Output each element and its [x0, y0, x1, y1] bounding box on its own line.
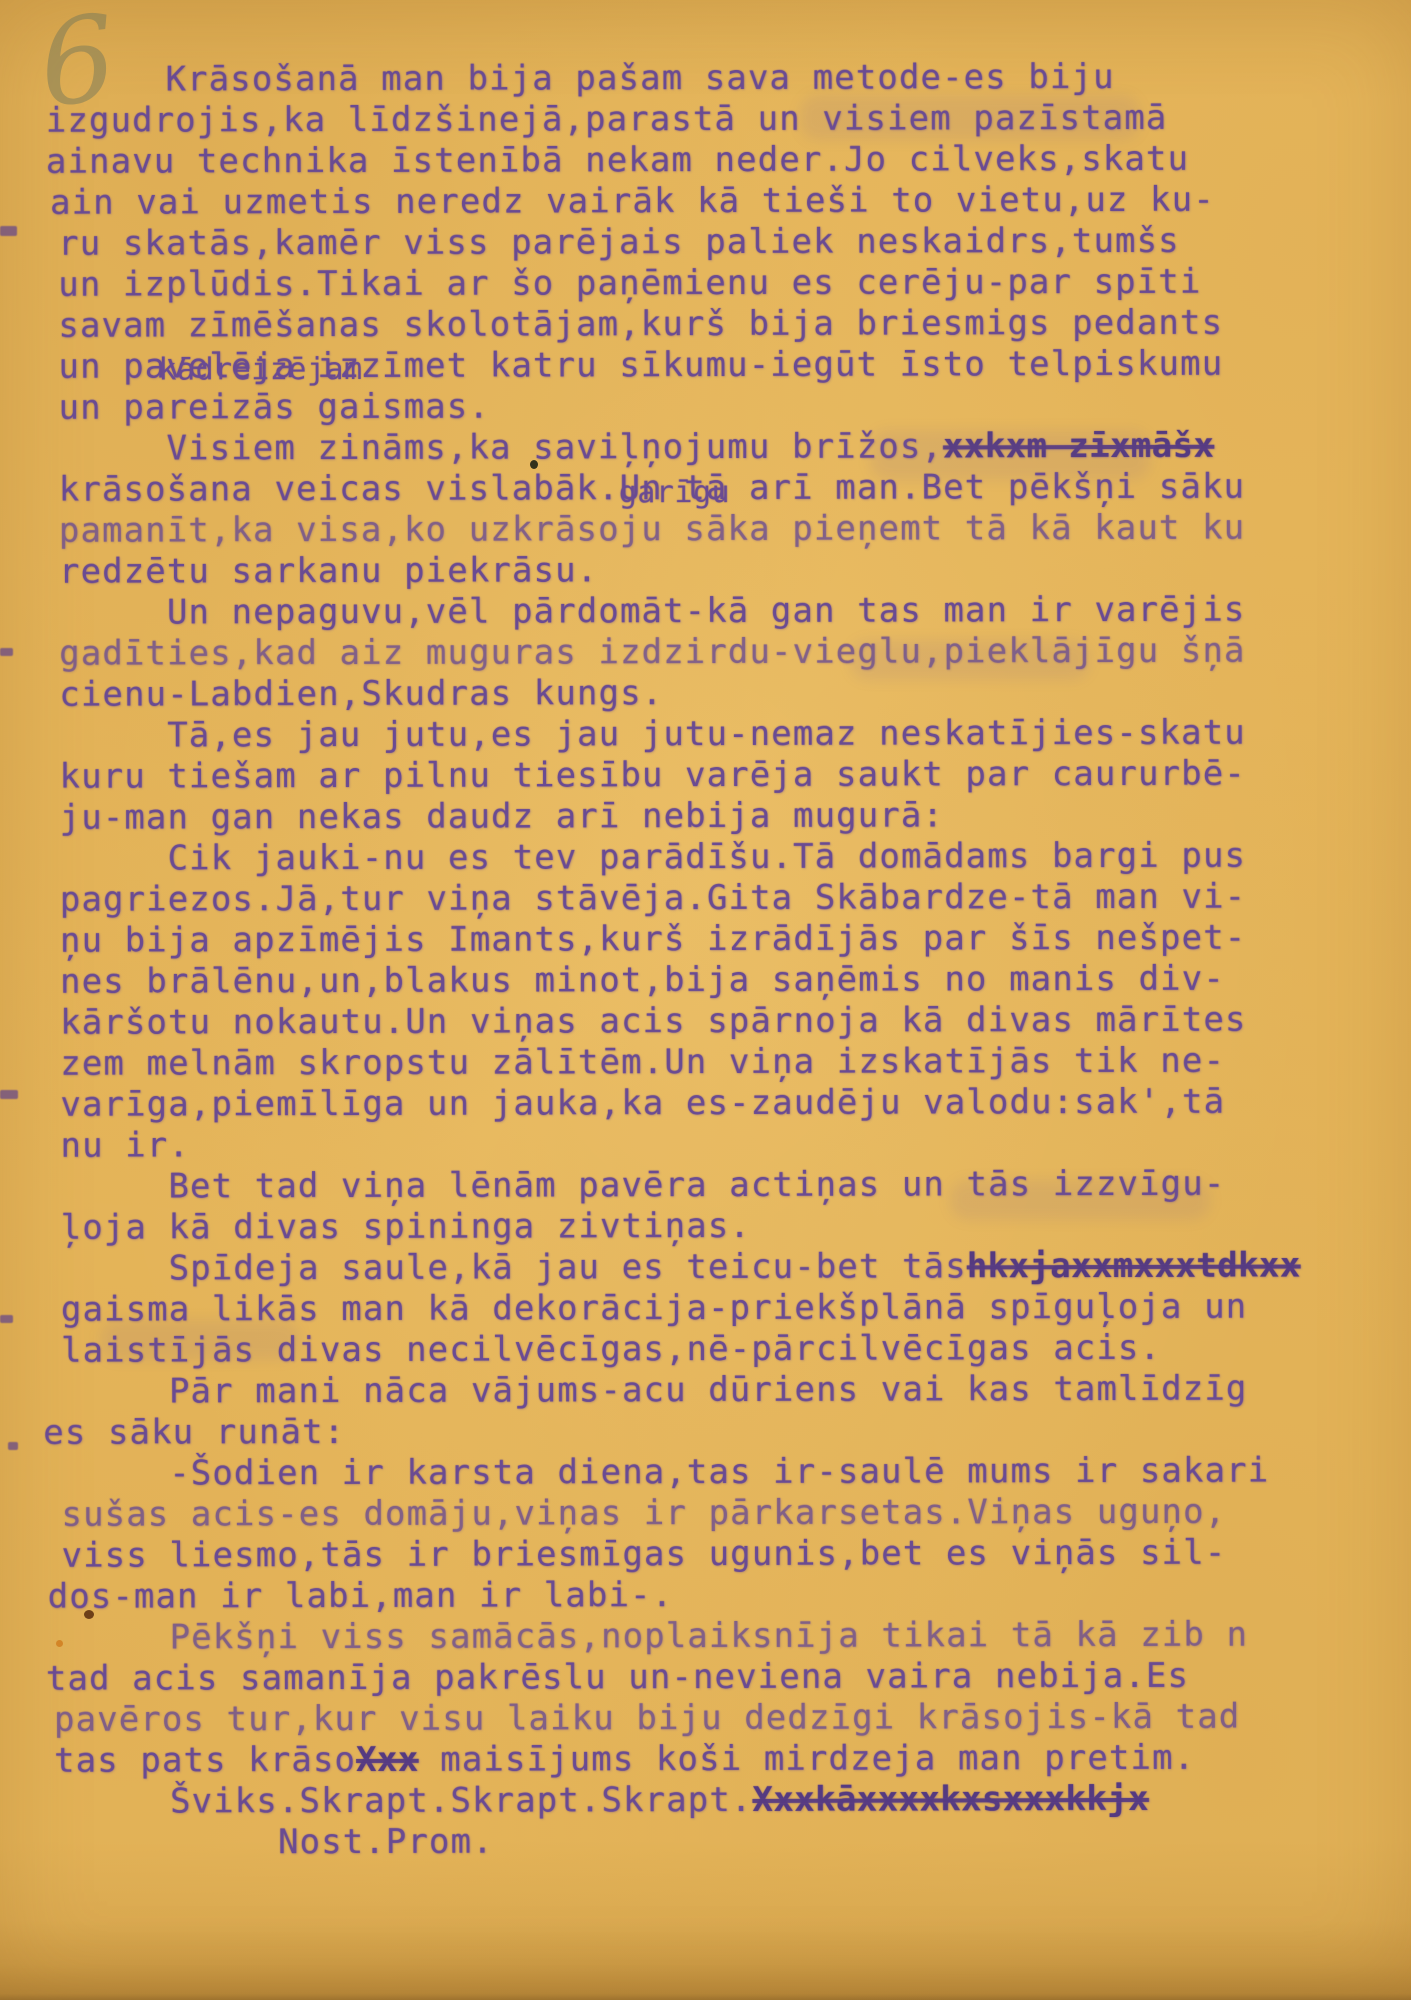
typed-line: tas pats krāsoXxx maisījums koši mirdzej…: [54, 1737, 1411, 1782]
typed-segment: savam zīmēšanas skolotājam,kurš bija bri…: [58, 303, 1223, 346]
typed-segment: dos-man ir labi,man ir labi-.: [48, 1575, 674, 1617]
typed-segment: ju-man gan nekas daudz arī nebija mugurā…: [60, 795, 944, 837]
paper-bottom-edge: [0, 1920, 1411, 2000]
typed-segment: tas pats krāso: [54, 1740, 356, 1781]
typed-line: izgudrojis,ka līdzšinejā,parastā un visi…: [46, 97, 1409, 142]
edge-ink-mark: [8, 1442, 18, 1450]
typed-line: pavēros tur,kur visu laiku biju dedzīgi …: [54, 1696, 1411, 1741]
typed-line: krāsošana veicas vislabāk.Un tā arī man.…: [59, 466, 1410, 511]
typed-segment: tad acis samanīja pakrēslu un-neviena va…: [46, 1656, 1189, 1699]
ink-bleed-smudge: [870, 430, 1150, 480]
typed-line: savam zīmēšanas skolotājam,kurš bija bri…: [58, 302, 1409, 347]
typed-segment: Cik jauki-nu es tev parādīšu.Tā domādams…: [60, 836, 1246, 879]
typed-line: Nost.Prom.: [62, 1819, 1411, 1864]
struck-out-text: Xxxkāxxxxkxsxxxkkjx: [752, 1779, 1149, 1820]
typed-segment: Visiem zināms,ka saviļņojumu brīžos,: [59, 426, 943, 468]
typed-segment: Nost.Prom.: [62, 1822, 494, 1863]
typed-segment: Tā,es jau jutu,es jau jutu-nemaz neskatī…: [59, 713, 1245, 756]
typed-segment: ru skatās,kamēr viss parējais paliek nes…: [58, 221, 1180, 264]
typewritten-page: 6 Krāsošanā man bija pašam sava metode-e…: [0, 0, 1411, 2000]
typed-segment: pagriezos.Jā,tur viņa stāvēja.Gita Skāba…: [60, 877, 1246, 920]
typed-text: Krāsošanā man bija pašam sava metode-es …: [58, 56, 1411, 1864]
typed-segment: viss liesmo,tās ir briesmīgas ugunis,bet…: [62, 1533, 1227, 1576]
typed-segment: un pareizās gaismas.: [58, 387, 490, 428]
typed-line: pagriezos.Jā,tur viņa stāvēja.Gita Skāba…: [60, 876, 1411, 921]
typed-line: gadīties,kad aiz muguras izdzirdu-vieglu…: [59, 630, 1410, 675]
typed-line: dos-man ir labi,man ir labi-.: [48, 1573, 1411, 1618]
paper-speck: [530, 460, 538, 469]
typed-line: Spīdeja saule,kā jau es teicu-bet tāshkx…: [61, 1245, 1411, 1290]
ink-bleed-smudge: [100, 1320, 300, 1360]
interlinear-insertion: garīgu: [619, 472, 730, 513]
typed-segment: ain vai uzmetis neredz vairāk kā tieši t…: [50, 180, 1215, 223]
edge-ink-mark: [0, 1090, 18, 1099]
typed-line: kāršotu nokautu.Un viņas acis spārnoja k…: [60, 999, 1411, 1044]
paper-speck: [56, 1640, 63, 1647]
typed-line: -Šodien ir karsta diena,tas ir-saulē mum…: [61, 1450, 1411, 1495]
typed-segment: -Šodien ir karsta diena,tas ir-saulē mum…: [61, 1451, 1269, 1494]
typed-line: Krāsošanā man bija pašam sava metode-es …: [58, 56, 1409, 101]
typed-line: ļoja kā divas spininga zivtiņas.: [61, 1204, 1411, 1249]
edge-ink-mark: [0, 1315, 13, 1323]
typed-segment: es sāku runāt:: [43, 1412, 345, 1453]
typed-line: Pēkšņi viss samācās,noplaiksnīja tikai t…: [62, 1614, 1411, 1659]
typed-segment: Pār mani nāca vājums-acu dūriens vai kas…: [61, 1369, 1247, 1412]
typed-line: Cik jauki-nu es tev parādīšu.Tā domādams…: [60, 835, 1411, 880]
typed-line: Tā,es jau jutu,es jau jutu-nemaz neskatī…: [59, 712, 1410, 757]
typed-segment: ainavu technika īstenībā nekam neder.Jo …: [46, 139, 1189, 182]
typed-segment: ņu bija apzīmējis Imants,kurš izrādījās …: [60, 918, 1246, 961]
typed-segment: kāršotu nokautu.Un viņas acis spārnoja k…: [60, 1000, 1246, 1043]
typed-segment: redzētu sarkanu piekrāsu.: [59, 550, 598, 591]
typed-segment: nu ir.: [60, 1125, 190, 1165]
typed-line: varīga,piemīlīga un jauka,ka es-zaudēju …: [60, 1081, 1411, 1126]
typed-line: ru skatās,kamēr viss parējais paliek nes…: [58, 220, 1409, 265]
typed-segment: sušas acis-es domāju,viņas ir pārkarseta…: [61, 1492, 1226, 1535]
typed-segment: maisījums koši mirdzeja man pretim.: [419, 1738, 1196, 1780]
typed-line: tad acis samanīja pakrēslu un-neviena va…: [46, 1655, 1411, 1700]
typed-segment: varīga,piemīlīga un jauka,ka es-zaudēju …: [60, 1082, 1225, 1125]
typed-line: viss liesmo,tās ir briesmīgas ugunis,bet…: [62, 1532, 1411, 1577]
typed-line: Pār mani nāca vājums-acu dūriens vai kas…: [61, 1368, 1411, 1413]
struck-out-text: Xxx: [356, 1740, 419, 1780]
typed-segment: kuru tiešam ar pilnu tiesību varēja sauk…: [59, 754, 1245, 797]
ink-bleed-smudge: [950, 1180, 1210, 1220]
typed-line: es sāku runāt:: [43, 1409, 1411, 1454]
ink-bleed-smudge: [800, 95, 1140, 140]
struck-out-text: hkxjaxxmxxxtdkxx: [967, 1246, 1301, 1287]
typed-segment: nes brālēnu,un,blakus minot,bija saņēmis…: [60, 959, 1225, 1002]
typed-line: ain vai uzmetis neredz vairāk kā tieši t…: [50, 179, 1409, 224]
typed-segment: cienu-Labdien,Skudras kungs.: [59, 673, 663, 715]
typed-line: Šviks.Skrapt.Skrapt.Skrapt.Xxxkāxxxxkxsx…: [62, 1778, 1411, 1823]
typed-segment: Spīdeja saule,kā jau es teicu-bet tās: [61, 1246, 967, 1288]
typed-line: nes brālēnu,un,blakus minot,bija saņēmis…: [60, 958, 1411, 1003]
paper-speck: [84, 1610, 94, 1619]
edge-ink-mark: [0, 226, 17, 236]
typed-line: un izplūdis.Tikai ar šo paņēmienu es cer…: [58, 261, 1409, 306]
typed-line: pamanīt,ka visa,ko uzkrāsoju sāka pieņem…: [59, 507, 1410, 552]
typed-line: ainavu technika īstenībā nekam neder.Jo …: [46, 138, 1409, 183]
typed-line: redzētu sarkanu piekrāsu.: [59, 548, 1410, 593]
typed-line: zem melnām skropstu zālītēm.Un viņa izsk…: [60, 1040, 1411, 1085]
typed-segment: zem melnām skropstu zālītēm.Un viņa izsk…: [60, 1041, 1225, 1084]
typed-line: ņu bija apzīmējis Imants,kurš izrādījās …: [60, 917, 1411, 962]
typed-segment: un izplūdis.Tikai ar šo paņēmienu es cer…: [58, 262, 1201, 305]
typed-segment: Un nepaguvu,vēl pārdomāt-kā gan tas man …: [59, 590, 1245, 633]
typed-line: nu ir.: [60, 1122, 1411, 1167]
typed-segment: pavēros tur,kur visu laiku biju dedzīgi …: [54, 1697, 1240, 1740]
typed-line: Visiem zināms,ka saviļņojumu brīžos,xxkx…: [59, 425, 1410, 470]
typed-segment: Šviks.Skrapt.Skrapt.Skrapt.: [62, 1780, 752, 1822]
typed-segment: Krāsošanā man bija pašam sava metode-es …: [58, 57, 1115, 100]
typed-segment: Pēkšņi viss samācās,noplaiksnīja tikai t…: [62, 1615, 1248, 1658]
typed-line: Un nepaguvu,vēl pārdomāt-kā gan tas man …: [59, 589, 1410, 634]
interlinear-insertion: kādreizējam: [158, 349, 362, 391]
typed-segment: ļoja kā divas spininga zivtiņas.: [61, 1206, 751, 1248]
ink-bleed-smudge: [850, 640, 1090, 680]
edge-ink-mark: [0, 648, 13, 656]
typed-line: cienu-Labdien,Skudras kungs.: [59, 671, 1410, 716]
typed-segment: pamanīt,ka visa,ko uzkrāsoju sāka pieņem…: [59, 508, 1245, 551]
typed-line: un pareizās gaismas.: [58, 384, 1409, 429]
typed-line: ju-man gan nekas daudz arī nebija mugurā…: [60, 794, 1411, 839]
typed-line: sušas acis-es domāju,viņas ir pārkarseta…: [61, 1491, 1411, 1536]
typed-line: kuru tiešam ar pilnu tiesību varēja sauk…: [59, 753, 1410, 798]
